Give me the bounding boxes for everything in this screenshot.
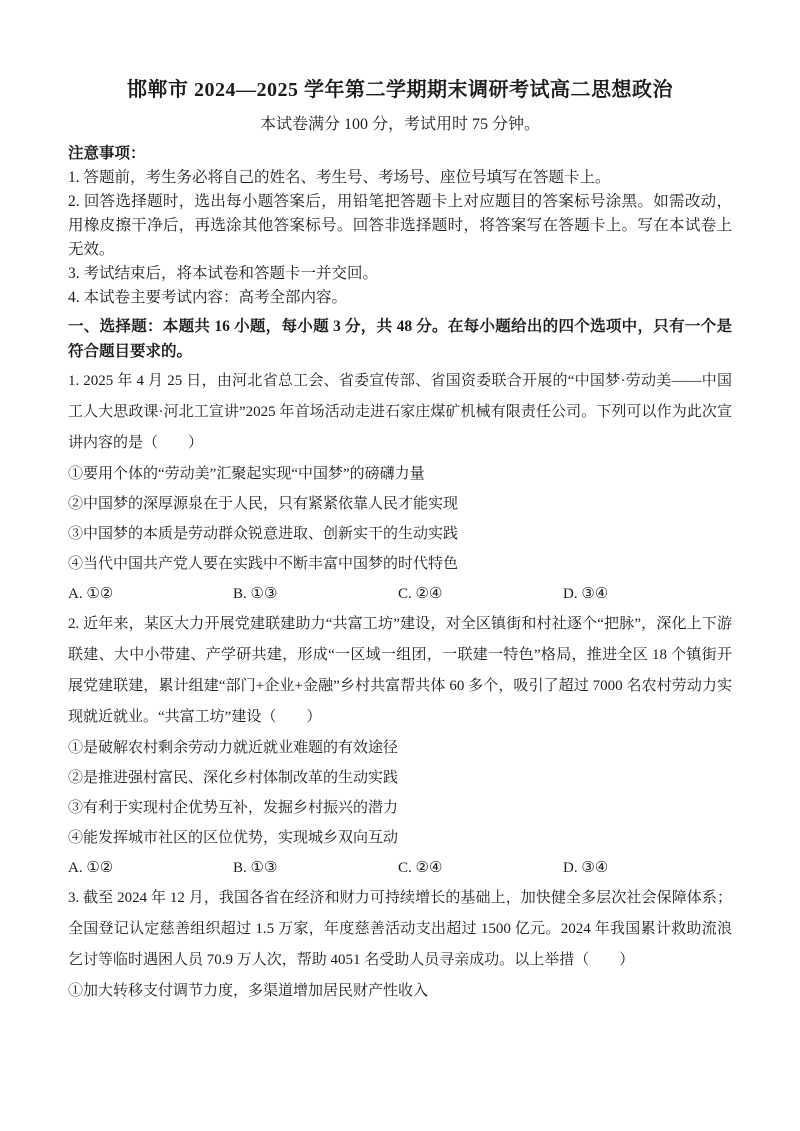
question-1-options: A. ①② B. ①③ C. ②④ D. ③④	[68, 579, 732, 609]
notice-item-4: 4. 本试卷主要考试内容：高考全部内容。	[68, 286, 732, 310]
question-2-option-d: D. ③④	[563, 853, 608, 883]
question-1: 1. 2025 年 4 月 25 日，由河北省总工会、省委宣传部、省国资委联合开…	[68, 366, 732, 609]
question-1-statement-2: ②中国梦的深厚源泉在于人民，只有紧紧依靠人民才能实现	[68, 489, 732, 519]
question-2-statement-4: ④能发挥城市社区的区位优势，实现城乡双向互动	[68, 823, 732, 853]
question-3: 3. 截至 2024 年 12 月，我国各省在经济和财力可持续增长的基础上，加快…	[68, 883, 732, 1006]
question-1-option-a: A. ①②	[68, 579, 233, 609]
notice-section: 注意事项： 1. 答题前，考生务必将自己的姓名、考生号、考场号、座位号填写在答题…	[68, 142, 732, 310]
question-2-statement-2: ②是推进强村富民、深化乡村体制改革的生动实践	[68, 763, 732, 793]
question-2-option-c: C. ②④	[398, 853, 563, 883]
page-title: 邯郸市 2024—2025 学年第二学期期末调研考试高二思想政治	[68, 78, 732, 102]
notice-item-2: 2. 回答选择题时，选出每小题答案后，用铅笔把答题卡上对应题目的答案标号涂黑。如…	[68, 190, 732, 262]
question-1-option-d: D. ③④	[563, 579, 608, 609]
question-1-statement-1: ①要用个体的“劳动美”汇聚起实现“中国梦”的磅礴力量	[68, 459, 732, 489]
question-2: 2. 近年来，某区大力开展党建联建助力“共富工坊”建设，对全区镇街和村社逐个“把…	[68, 609, 732, 883]
notice-heading: 注意事项：	[68, 142, 732, 166]
notice-item-3: 3. 考试结束后，将本试卷和答题卡一并交回。	[68, 262, 732, 286]
exam-info-line: 本试卷满分 100 分，考试用时 75 分钟。	[68, 114, 732, 136]
question-2-option-b: B. ①③	[233, 853, 398, 883]
section-header-multiple-choice: 一、选择题：本题共 16 小题，每小题 3 分，共 48 分。在每小题给出的四个…	[68, 314, 732, 364]
question-2-options: A. ①② B. ①③ C. ②④ D. ③④	[68, 853, 732, 883]
question-1-stem: 1. 2025 年 4 月 25 日，由河北省总工会、省委宣传部、省国资委联合开…	[68, 366, 732, 459]
question-2-statement-1: ①是破解农村剩余劳动力就近就业难题的有效途径	[68, 733, 732, 763]
question-2-stem: 2. 近年来，某区大力开展党建联建助力“共富工坊”建设，对全区镇街和村社逐个“把…	[68, 609, 732, 733]
question-1-option-b: B. ①③	[233, 579, 398, 609]
question-2-option-a: A. ①②	[68, 853, 233, 883]
question-1-statement-4: ④当代中国共产党人要在实践中不断丰富中国梦的时代特色	[68, 549, 732, 579]
exam-paper-page: 邯郸市 2024—2025 学年第二学期期末调研考试高二思想政治 本试卷满分 1…	[0, 0, 800, 1131]
notice-item-1: 1. 答题前，考生务必将自己的姓名、考生号、考场号、座位号填写在答题卡上。	[68, 166, 732, 190]
question-2-statement-3: ③有利于实现村企优势互补，发掘乡村振兴的潜力	[68, 793, 732, 823]
question-1-option-c: C. ②④	[398, 579, 563, 609]
question-1-statement-3: ③中国梦的本质是劳动群众锐意进取、创新实干的生动实践	[68, 519, 732, 549]
question-3-statement-1: ①加大转移支付调节力度，多渠道增加居民财产性收入	[68, 976, 732, 1006]
question-3-stem: 3. 截至 2024 年 12 月，我国各省在经济和财力可持续增长的基础上，加快…	[68, 883, 732, 976]
